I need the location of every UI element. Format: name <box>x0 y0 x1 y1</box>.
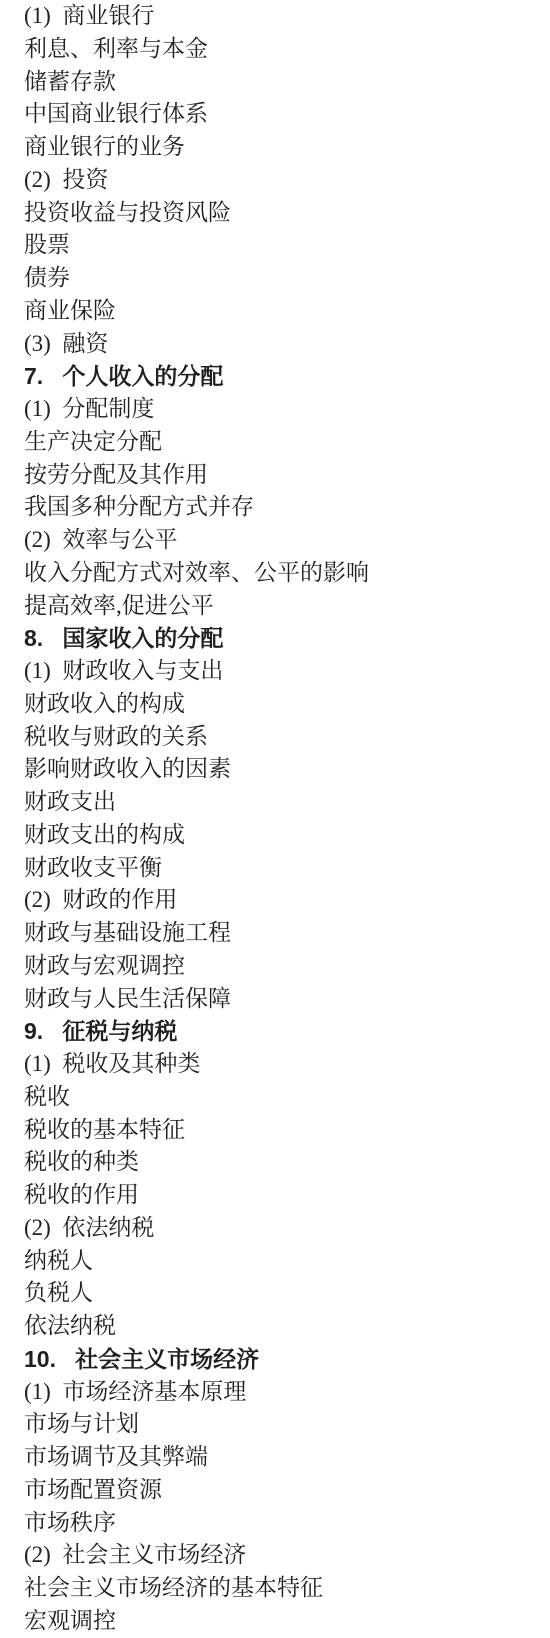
outline-item: (2) 依法纳税 <box>24 1212 542 1245</box>
outline-item: (3) 融资 <box>24 328 542 361</box>
outline-item: 收入分配方式对效率、公平的影响 <box>24 557 542 590</box>
outline-item: 负税人 <box>24 1277 542 1310</box>
outline-item: 投资收益与投资风险 <box>24 197 542 230</box>
outline-item: (1) 分配制度 <box>24 393 542 426</box>
outline-item: 纳税人 <box>24 1245 542 1278</box>
document-page: (1) 商业银行利息、利率与本金储蓄存款中国商业银行体系商业银行的业务(2) 投… <box>0 0 550 1638</box>
outline-item: 税收的基本特征 <box>24 1114 542 1147</box>
outline-item: 商业银行的业务 <box>24 131 542 164</box>
section-heading: 7. 个人收入的分配 <box>24 360 542 393</box>
outline-item: 市场与计划 <box>24 1408 542 1441</box>
outline-item: (1) 税收及其种类 <box>24 1048 542 1081</box>
section-heading: 8. 国家收入的分配 <box>24 622 542 655</box>
outline-item: 市场配置资源 <box>24 1474 542 1507</box>
outline-item: 按劳分配及其作用 <box>24 459 542 492</box>
outline-item: 储蓄存款 <box>24 66 542 99</box>
outline-item: 提高效率,促进公平 <box>24 590 542 623</box>
section-heading: 10. 社会主义市场经济 <box>24 1343 542 1376</box>
outline-item: 我国多种分配方式并存 <box>24 491 542 524</box>
outline-item: 税收的种类 <box>24 1146 542 1179</box>
section-heading: 9. 征税与纳税 <box>24 1015 542 1048</box>
outline-item: 财政支出 <box>24 786 542 819</box>
outline-item: 财政与宏观调控 <box>24 950 542 983</box>
outline-item: 生产决定分配 <box>24 426 542 459</box>
outline-item: 债券 <box>24 262 542 295</box>
outline-item: 市场秩序 <box>24 1507 542 1540</box>
outline-item: 宏观调控 <box>24 1605 542 1638</box>
outline-item: 商业保险 <box>24 295 542 328</box>
outline-item: (1) 财政收入与支出 <box>24 655 542 688</box>
outline-item: (2) 投资 <box>24 164 542 197</box>
outline-item: (2) 社会主义市场经济 <box>24 1539 542 1572</box>
outline-item: 依法纳税 <box>24 1310 542 1343</box>
outline-item: (1) 市场经济基本原理 <box>24 1376 542 1409</box>
outline-item: 市场调节及其弊端 <box>24 1441 542 1474</box>
outline-item: 财政收入的构成 <box>24 688 542 721</box>
outline-item: (2) 效率与公平 <box>24 524 542 557</box>
outline-item: 社会主义市场经济的基本特征 <box>24 1572 542 1605</box>
syllabus-outline: (1) 商业银行利息、利率与本金储蓄存款中国商业银行体系商业银行的业务(2) 投… <box>24 0 542 1638</box>
outline-item: 税收的作用 <box>24 1179 542 1212</box>
outline-item: 影响财政收入的因素 <box>24 753 542 786</box>
outline-item: 税收与财政的关系 <box>24 721 542 754</box>
outline-item: 财政支出的构成 <box>24 819 542 852</box>
outline-item: 财政收支平衡 <box>24 852 542 885</box>
outline-item: (2) 财政的作用 <box>24 884 542 917</box>
outline-item: 中国商业银行体系 <box>24 98 542 131</box>
outline-item: 股票 <box>24 229 542 262</box>
outline-item: 利息、利率与本金 <box>24 33 542 66</box>
outline-item: 财政与人民生活保障 <box>24 983 542 1016</box>
outline-item: (1) 商业银行 <box>24 0 542 33</box>
outline-item: 税收 <box>24 1081 542 1114</box>
outline-item: 财政与基础设施工程 <box>24 917 542 950</box>
